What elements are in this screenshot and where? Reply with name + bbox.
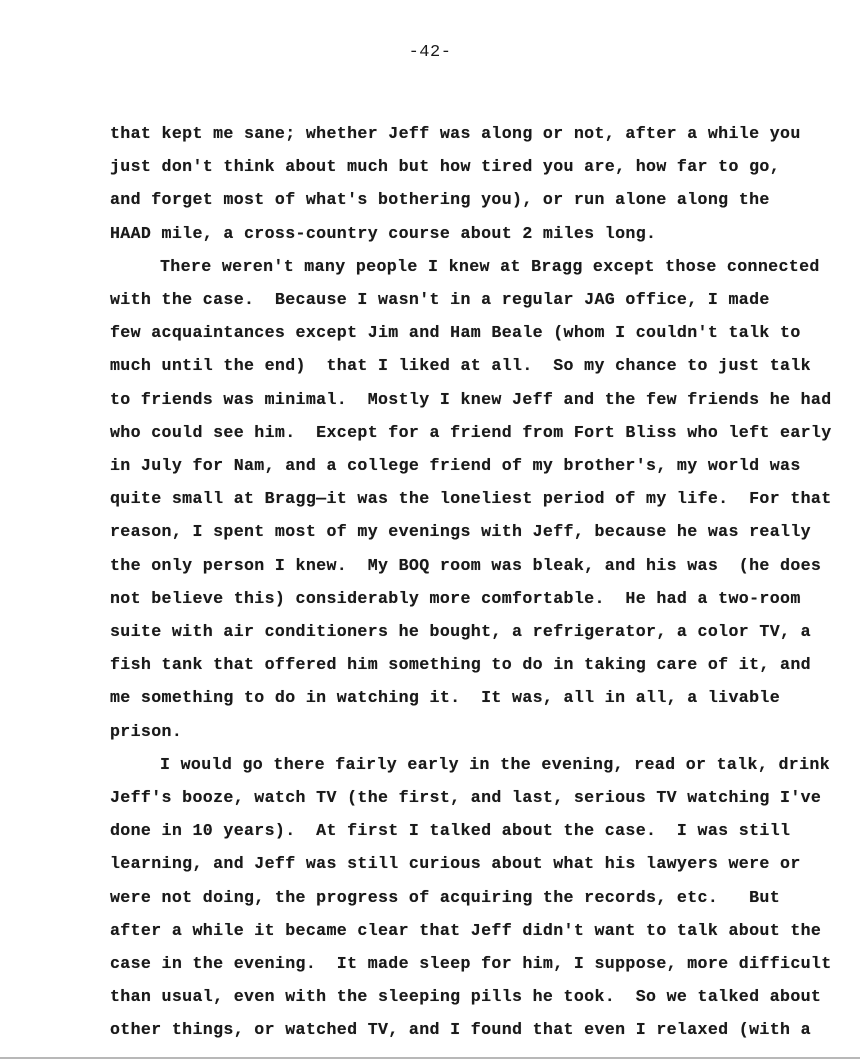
text-line: few acquaintances except Jim and Ham Bea…: [110, 323, 801, 342]
text-line: after a while it became clear that Jeff …: [110, 921, 821, 940]
text-line: quite small at Bragg—it was the lonelies…: [110, 489, 832, 508]
text-line: prison.: [110, 722, 182, 741]
text-line: fish tank that offered him something to …: [110, 655, 811, 674]
text-line: case in the evening. It made sleep for h…: [110, 954, 832, 973]
text-line: There weren't many people I knew at Brag…: [160, 257, 820, 276]
text-line: other things, or watched TV, and I found…: [110, 1020, 811, 1039]
text-line: and forget most of what's bothering you)…: [110, 190, 770, 209]
text-line: just don't think about much but how tire…: [110, 157, 780, 176]
text-line: than usual, even with the sleeping pills…: [110, 987, 821, 1006]
text-line: to friends was minimal. Mostly I knew Je…: [110, 390, 832, 409]
text-line: done in 10 years). At first I talked abo…: [110, 821, 790, 840]
text-line: that kept me sane; whether Jeff was alon…: [110, 124, 801, 143]
text-line: HAAD mile, a cross-country course about …: [110, 224, 656, 243]
text-line: who could see him. Except for a friend f…: [110, 423, 832, 442]
text-line: learning, and Jeff was still curious abo…: [110, 854, 801, 873]
text-line: suite with air conditioners he bought, a…: [110, 622, 811, 641]
text-line: I would go there fairly early in the eve…: [160, 755, 830, 774]
text-line: much until the end) that I liked at all.…: [110, 356, 811, 375]
text-line: in July for Nam, and a college friend of…: [110, 456, 801, 475]
page-number: -42-: [0, 43, 860, 62]
text-line: me something to do in watching it. It wa…: [110, 688, 780, 707]
text-line: were not doing, the progress of acquirin…: [110, 888, 780, 907]
text-line: with the case. Because I wasn't in a reg…: [110, 290, 770, 309]
text-line: not believe this) considerably more comf…: [110, 589, 801, 608]
text-line: Jeff's booze, watch TV (the first, and l…: [110, 788, 821, 807]
text-line: reason, I spent most of my evenings with…: [110, 522, 811, 541]
text-line: the only person I knew. My BOQ room was …: [110, 556, 821, 575]
